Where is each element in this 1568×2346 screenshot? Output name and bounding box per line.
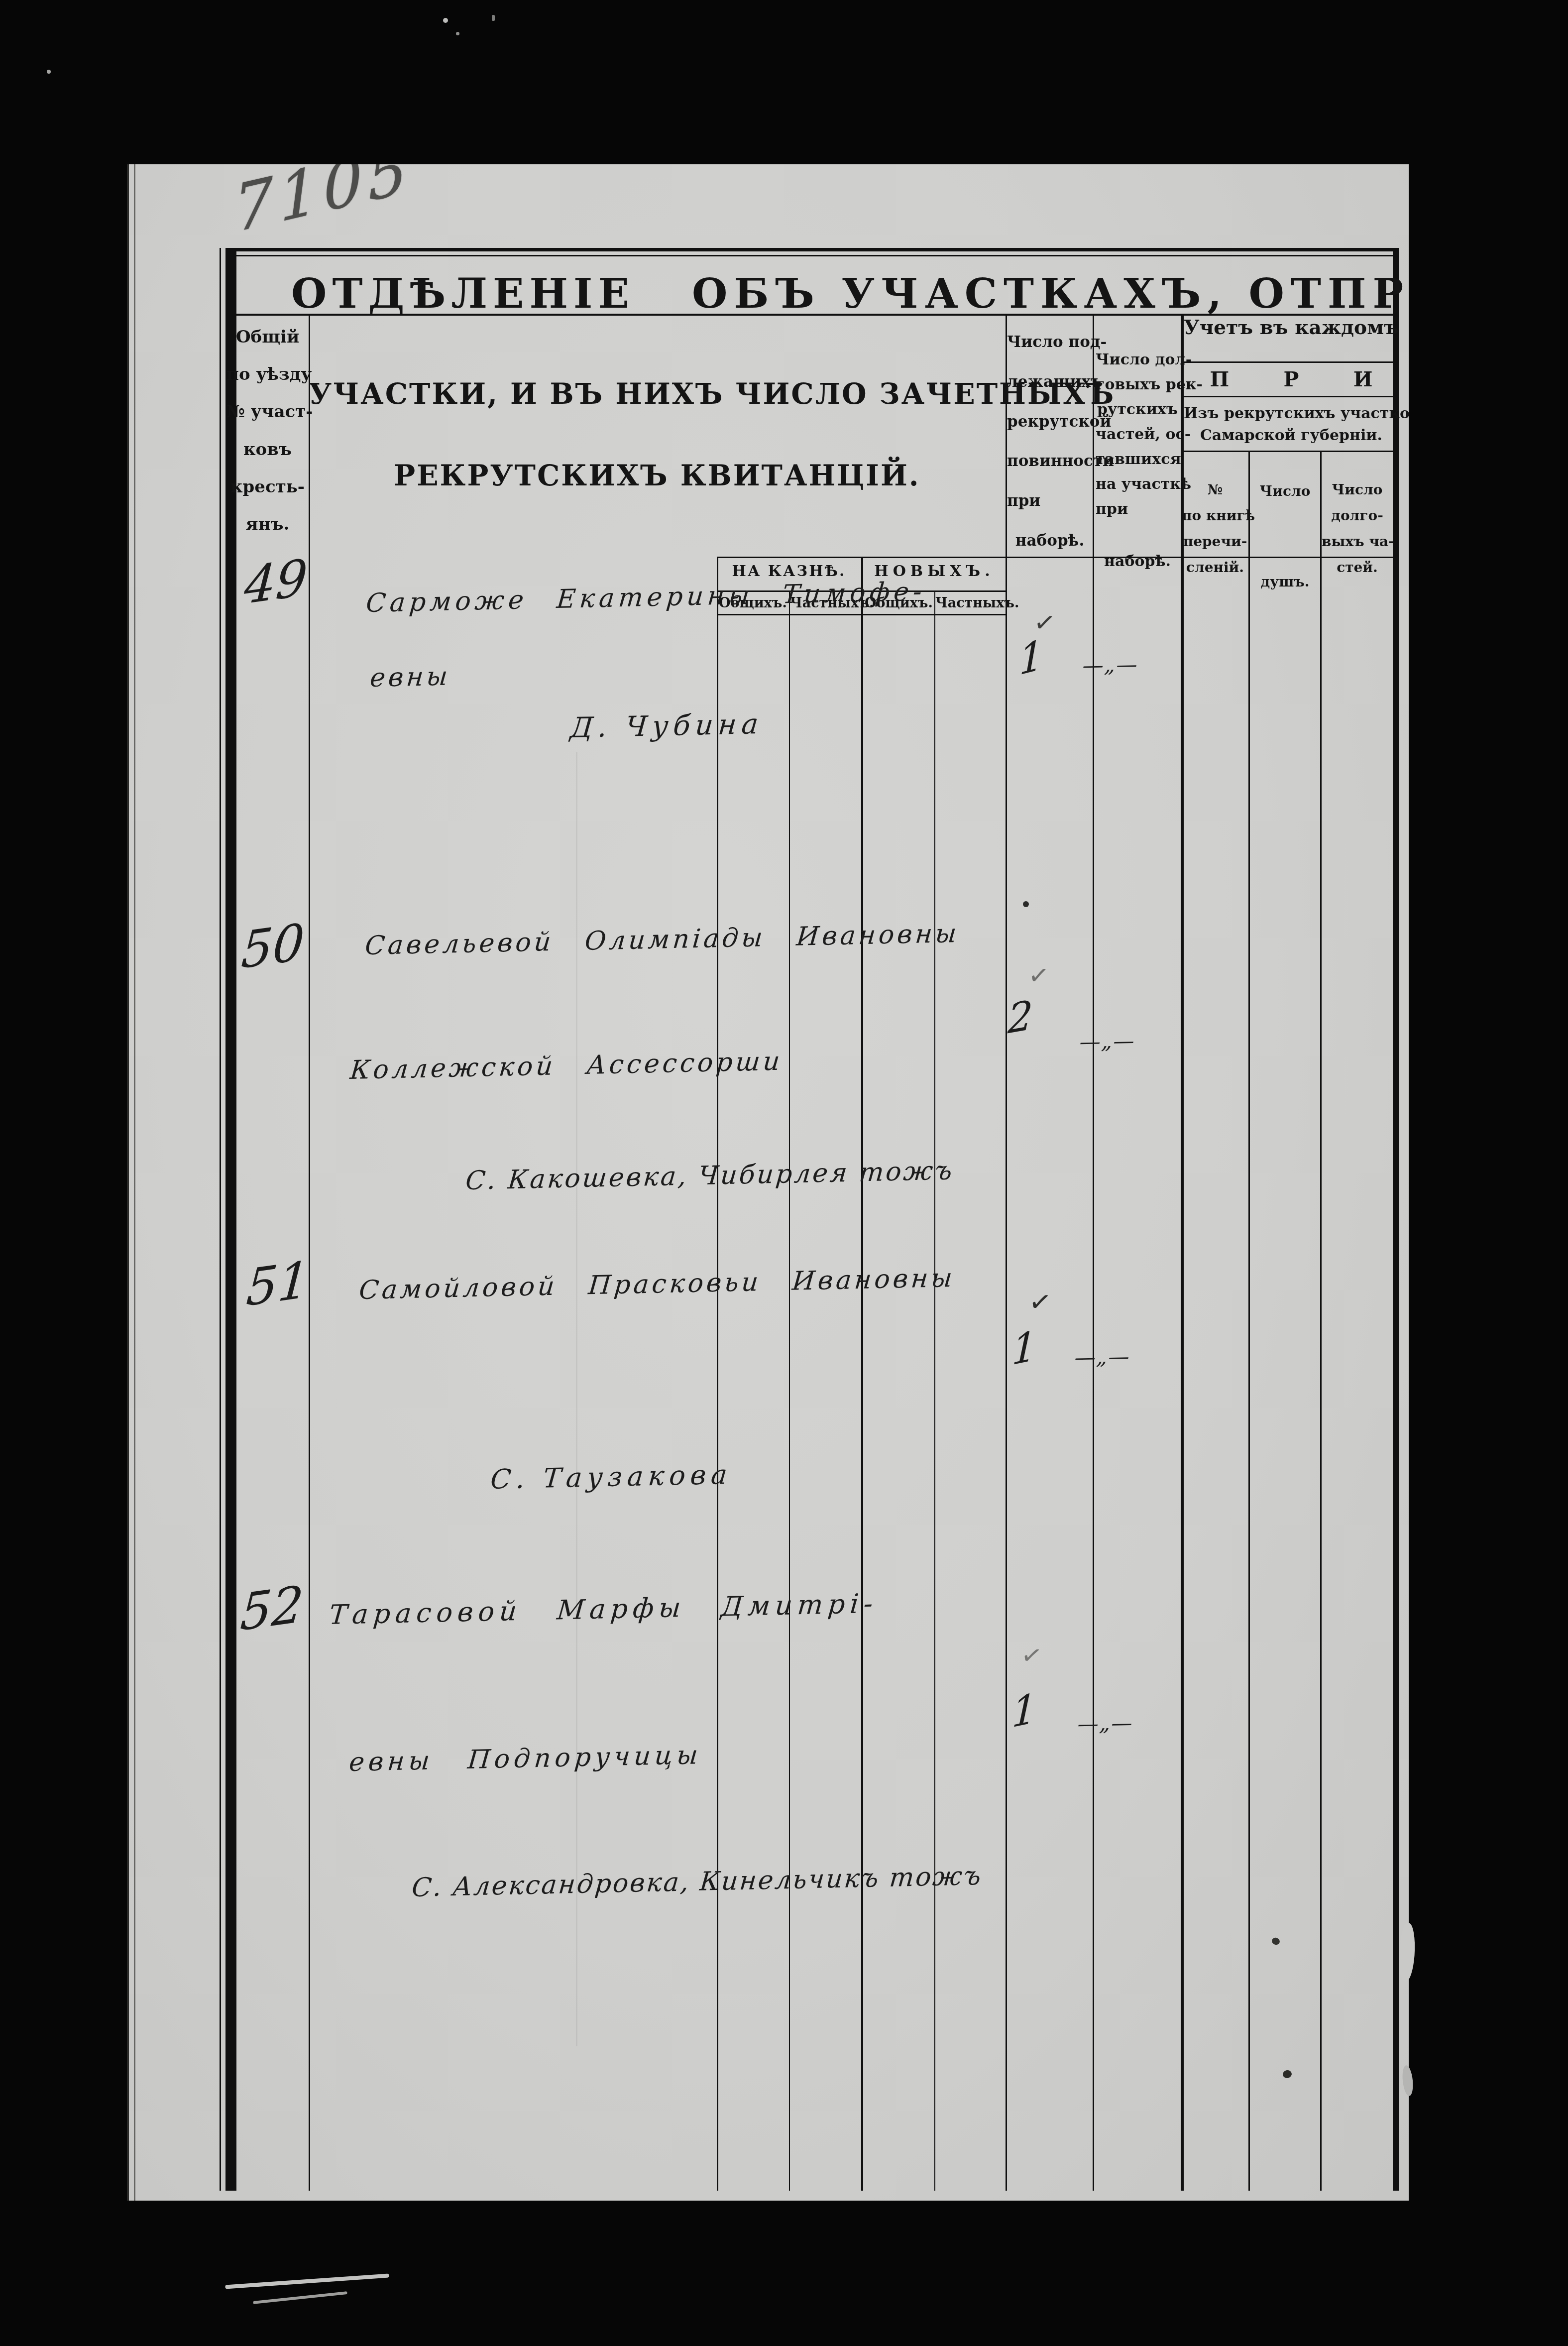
header-line: по книгѣ xyxy=(1182,503,1248,529)
header-line: Число под- xyxy=(1007,335,1093,350)
header-line: на участкѣ xyxy=(1096,472,1179,497)
table-rule xyxy=(789,590,790,2191)
row-text-line: евны xyxy=(369,661,452,693)
header-line: наборѣ. xyxy=(1007,533,1093,549)
table-rule xyxy=(717,614,1007,615)
header-line: при xyxy=(1007,493,1093,509)
table-rule xyxy=(225,248,236,2191)
header-line: наборѣ. xyxy=(1096,549,1179,574)
header-line: долго- xyxy=(1322,503,1393,529)
row-number: 49 xyxy=(242,548,309,616)
cell-count: 1 xyxy=(1011,1322,1037,1375)
table-rule xyxy=(861,557,863,2191)
dust-speck xyxy=(47,70,51,74)
header-line: говыхъ рек- xyxy=(1096,372,1179,397)
header-line: сленій. xyxy=(1182,555,1248,581)
page-edge-line xyxy=(127,164,129,2201)
row-text-line: Д. Чубина xyxy=(569,708,765,744)
dust-speck xyxy=(492,15,495,21)
row-text-line: Коллежской Ассессорши xyxy=(349,1047,784,1085)
table-rule xyxy=(1248,451,1250,2191)
group-header-kazne: НА КАЗНѢ. xyxy=(717,563,861,580)
uchet-subheader-line1: Изъ рекрутскихъ участковъ xyxy=(1184,405,1399,422)
section-title-right: ОБЪ УЧАСТКАХЪ, ОТПРАВ xyxy=(692,270,1409,318)
tally-check-mark: ✓ xyxy=(1027,960,1051,991)
uchet-column-dushi-line2: душъ. xyxy=(1250,574,1320,590)
table-rule xyxy=(1181,396,1399,397)
table-rule xyxy=(1181,361,1399,363)
header-line: янъ. xyxy=(226,516,309,533)
paper-sheet: 7105 ОТДѢЛЕНІЕ ОБЪ УЧАСТКАХЪ, ОТПРАВ Общ… xyxy=(127,164,1409,2201)
row-number: 51 xyxy=(244,1250,311,1318)
table-rule xyxy=(717,557,1399,558)
row-text-line: С. Таузакова xyxy=(489,1459,733,1495)
header-line: при xyxy=(1096,497,1179,522)
cell-count: 1 xyxy=(1019,631,1043,685)
table-rule xyxy=(225,255,1399,256)
table-rule xyxy=(1320,451,1322,2191)
column-header-main-line1: УЧАСТКИ, И ВЪ НИХЪ ЧИСЛО ЗАЧЕТНЫХЪ xyxy=(309,377,1006,411)
table-rule xyxy=(717,557,718,2191)
row-text-line: Сарможе Екатерины Тимофе- xyxy=(365,577,927,618)
header-line: перечи- xyxy=(1182,529,1248,555)
cell-count: 1 xyxy=(1011,1684,1037,1737)
scan-streak xyxy=(253,2291,347,2304)
page-edge-line xyxy=(134,164,135,2201)
uchet-column-dolg: Число долго- выхъ ча- стей. xyxy=(1322,477,1393,581)
row-text-line: С. Какошевка, Чибирлея тожъ xyxy=(464,1156,955,1196)
tally-check-mark: ✓ xyxy=(1027,1285,1054,1319)
header-line: № xyxy=(1182,477,1248,503)
uchet-pri-header: П Р И xyxy=(1184,367,1399,391)
header-line: повинности xyxy=(1007,454,1093,469)
row-text-line: Тарасовой Марфы Дмитрі- xyxy=(328,1588,879,1631)
dust-speck xyxy=(456,32,459,35)
uchet-column-kniga: № по книгѣ перечи- сленій. xyxy=(1182,477,1248,581)
header-line: № участ- xyxy=(226,403,309,420)
ink-blot xyxy=(1282,2069,1293,2079)
column-header-main-line2: РЕКРУТСКИХЪ КВИТАНЦІЙ. xyxy=(309,459,1006,492)
tally-check-mark: ✓ xyxy=(1019,1640,1044,1671)
ink-dot xyxy=(1023,901,1029,907)
uchet-header: Учетъ въ каждомъ xyxy=(1184,316,1399,339)
table-rule xyxy=(1181,451,1399,452)
cell-ditto-mark: —„— xyxy=(1077,1711,1134,1736)
cell-ditto-mark: —„— xyxy=(1079,1029,1136,1054)
dust-speck xyxy=(443,18,448,23)
header-line: частей, ос- xyxy=(1096,422,1179,447)
section-title-left: ОТДѢЛЕНІЕ xyxy=(291,270,635,318)
uchet-subheader-line2: Самарской губерніи. xyxy=(1184,427,1399,444)
header-line: стей. xyxy=(1322,555,1393,581)
table-rule xyxy=(1181,315,1184,2191)
header-line: Число дол- xyxy=(1096,348,1179,372)
header-line: Общій xyxy=(226,329,309,346)
table-rule xyxy=(225,248,1399,251)
scanned-document-page: { "artifact": { "pencil_page_number": "7… xyxy=(0,0,1568,2346)
header-line: рутскихъ xyxy=(1096,397,1179,422)
ink-blot xyxy=(1271,1937,1281,1946)
column-header-uyezd-no: Общій по уѣзду № участ- ковъ кресть- янъ… xyxy=(226,329,309,533)
row-number: 50 xyxy=(239,912,306,980)
row-text-line: Самойловой Прасковьи Ивановны xyxy=(358,1263,956,1305)
header-line: по уѣзду xyxy=(226,366,309,383)
header-line: лежащихъ xyxy=(1007,374,1093,390)
subcolumn-chastnyh-2: Частныхъ. xyxy=(935,595,1006,611)
table-rule xyxy=(220,248,221,2191)
header-line: тавшихся xyxy=(1096,447,1179,472)
uchet-column-dushi-line1: Число xyxy=(1250,483,1320,499)
pencil-page-number: 7105 xyxy=(232,164,414,247)
table-rule xyxy=(934,590,935,2191)
cell-count: 2 xyxy=(1007,991,1033,1043)
header-line: Число xyxy=(1322,477,1393,503)
paper-crease xyxy=(576,752,577,2046)
header-line: кресть- xyxy=(226,478,309,495)
row-text-line: Савельевой Олимпіады Ивановны xyxy=(364,919,961,961)
column-header-dolgovyh: Число дол- говыхъ рек- рутскихъ частей, … xyxy=(1096,348,1179,574)
scan-streak xyxy=(225,2274,389,2289)
table-rule xyxy=(1093,315,1094,2191)
cell-ditto-mark: —„— xyxy=(1074,1344,1131,1370)
row-text-line: евны Подпоручицы xyxy=(348,1740,703,1777)
header-line: ковъ xyxy=(226,441,309,458)
header-line: выхъ ча- xyxy=(1322,529,1393,555)
column-header-podlezhaschih: Число под- лежащихъ рекрутской повинност… xyxy=(1007,335,1093,549)
cell-ditto-mark: —„— xyxy=(1082,652,1139,678)
row-number: 52 xyxy=(238,1574,305,1642)
header-line: рекрутской xyxy=(1007,414,1093,430)
row-text-line: С. Александровка, Кинельчикъ тожъ xyxy=(411,1861,984,1903)
